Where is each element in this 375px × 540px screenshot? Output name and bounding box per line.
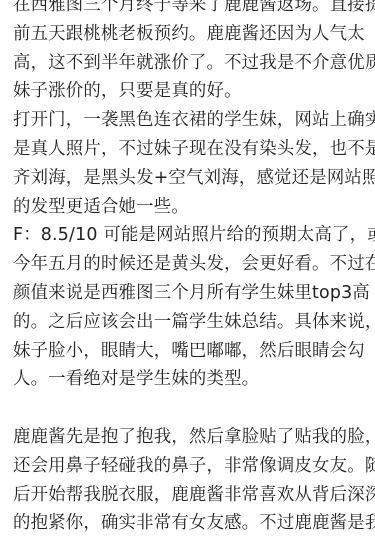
paragraph-intro: 在西雅图三个月终于等来了鹿鹿酱返场。直接提 前五天跟桃桃老板预约。鹿鹿酱还因为人… [13, 0, 353, 106]
paragraph-experience: 鹿鹿酱先是抱了抱我，然后拿脸贴了贴我的脸， 还会用鼻子轻碰我的鼻子，非常像调皮女… [13, 423, 353, 538]
text-line: 人。一看绝对是学生妹的类型。 [13, 365, 353, 394]
text-line: F：8.5/10 可能是网站照片给的预期太高了，或者 [13, 221, 353, 250]
text-line: 鹿鹿酱先是抱了抱我，然后拿脸贴了贴我的脸， [13, 423, 353, 452]
text-line: 打开门，一袭黑色连衣裙的学生妹，网站上确实 [13, 106, 353, 135]
paragraph-rating: F：8.5/10 可能是网站照片给的预期太高了，或者 今年五月的时候还是黄头发，… [13, 221, 353, 394]
text-line: 还会用鼻子轻碰我的鼻子，非常像调皮女友。随 [13, 452, 353, 481]
text-line: 妹子涨价的，只要是真的好。 [13, 77, 353, 106]
text-line: 是真人照片，不过妹子现在没有染头发，也不是 [13, 135, 353, 164]
paragraph-spacer [13, 394, 353, 423]
article-body: 在西雅图三个月终于等来了鹿鹿酱返场。直接提 前五天跟桃桃老板预约。鹿鹿酱还因为人… [13, 0, 353, 538]
text-line: 高，这不到半年就涨价了。不过我是不介意优质 [13, 49, 353, 78]
text-line: 颜值来说是西雅图三个月所有学生妹里top3高 [13, 279, 353, 308]
text-line: 齐刘海，是黑头发+空气刘海，感觉还是网站照片 [13, 164, 353, 193]
text-line: 的抱紧你，确实非常有女友感。不过鹿鹿酱是我 [13, 509, 353, 538]
text-line: 在西雅图三个月终于等来了鹿鹿酱返场。直接提 [13, 0, 353, 20]
text-line: 的发型更适合她一些。 [13, 193, 353, 222]
paragraph-appearance: 打开门，一袭黑色连衣裙的学生妹，网站上确实 是真人照片，不过妹子现在没有染头发，… [13, 106, 353, 221]
text-line: 妹子脸小，眼睛大，嘴巴嘟嘟，然后眼睛会勾 [13, 337, 353, 366]
text-line: 前五天跟桃桃老板预约。鹿鹿酱还因为人气太 [13, 20, 353, 49]
text-line: 今年五月的时候还是黄头发，会更好看。不过在 [13, 250, 353, 279]
text-line: 后开始帮我脱衣服，鹿鹿酱非常喜欢从背后深深 [13, 481, 353, 510]
text-line: 的。之后应该会出一篇学生妹总结。具体来说， [13, 308, 353, 337]
